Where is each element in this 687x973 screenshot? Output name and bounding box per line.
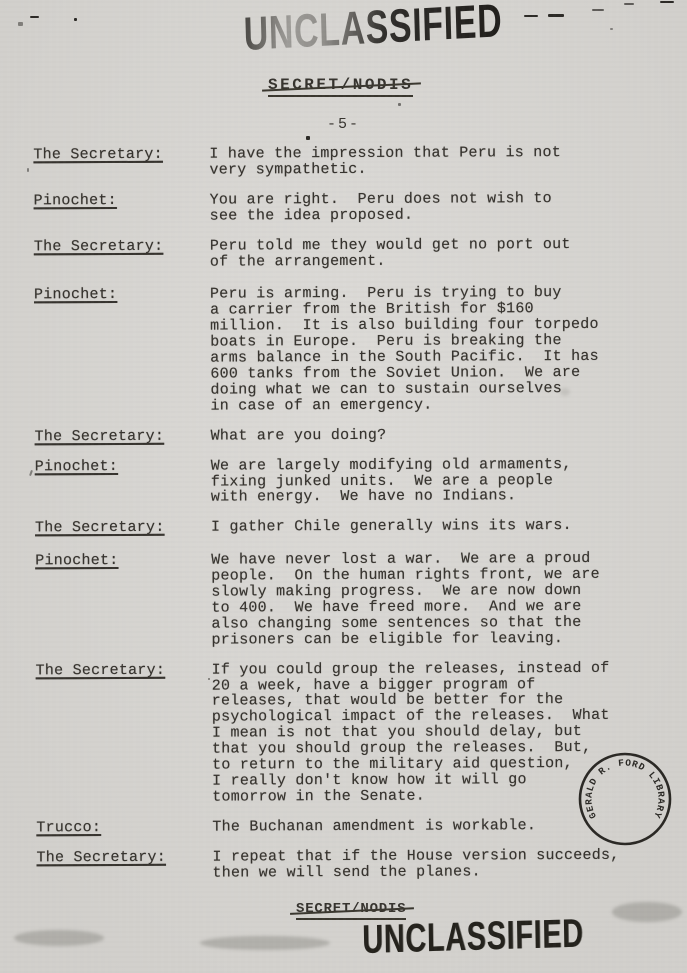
speaker-remarks: What are you doing? (211, 426, 669, 444)
speaker-label: Pinochet: (34, 192, 210, 225)
dialogue-entry: The Secretary: I gather Chile generally … (0, 518, 687, 537)
smudge-mark (200, 936, 330, 950)
ford-library-stamp: GERALD R. FORD LIBRARY (572, 746, 678, 852)
speaker-remarks: Peru is arming. Peru is trying to buy a … (210, 285, 669, 414)
speaker-remarks: I gather Chile generally wins its wars. (211, 518, 669, 536)
speaker-remarks: I have the impression that Peru is not v… (209, 145, 667, 179)
speaker-remarks: We are largely modifying old armaments, … (211, 456, 669, 506)
ink-speck (18, 22, 23, 26)
ink-speck (610, 28, 613, 30)
dialogue-entry: The Secretary: Peru told me they would g… (0, 236, 686, 271)
classification-header: SECRET/NODIS (268, 76, 413, 97)
dialogue-entry: The Secretary: I have the impression tha… (0, 145, 686, 180)
speaker-label: The Secretary: (36, 662, 213, 806)
ink-speck (74, 18, 77, 21)
speaker-remarks: You are right. Peru does not wish to see… (210, 190, 668, 224)
speaker-label: The Secretary: (35, 520, 211, 537)
ink-speck (27, 168, 29, 172)
speaker-remarks: Peru told me they would get no port out … (210, 236, 668, 270)
ink-speck (524, 15, 538, 17)
dialogue-entry: Pinochet: You are right. Peru does not w… (0, 190, 686, 225)
ink-speck (624, 3, 634, 5)
unclassified-stamp-bottom: UNCLASSIFIED (362, 912, 584, 963)
ink-speck (660, 1, 674, 3)
ford-library-stamp-text: GERALD R. FORD LIBRARY (583, 757, 666, 820)
speaker-label: The Secretary: (34, 238, 210, 271)
smudge-mark (560, 388, 570, 396)
speaker-label: Trucco: (36, 819, 212, 836)
ink-speck (398, 103, 401, 106)
speaker-label: Pinochet: (34, 287, 211, 415)
speaker-label: The Secretary: (35, 428, 211, 445)
ink-speck (306, 136, 310, 140)
smudge-mark (14, 930, 104, 946)
ink-speck (30, 16, 39, 18)
ink-speck (208, 678, 210, 680)
speaker-label: The Secretary: (36, 849, 212, 882)
svg-text:GERALD R. FORD LIBRARY: GERALD R. FORD LIBRARY (583, 757, 666, 820)
smudge-mark (612, 902, 682, 922)
speaker-label: Pinochet: (35, 458, 211, 506)
dialogue-entry: Pinochet: We have never lost a war. We a… (0, 551, 687, 649)
speaker-label: The Secretary: (33, 147, 209, 180)
dialogue-entry: Pinochet: We are largely modifying old a… (0, 456, 687, 507)
speaker-remarks: I repeat that if the House version succe… (212, 847, 670, 881)
speaker-label: Pinochet: (35, 553, 211, 649)
dialogue-entry: Pinochet: Peru is arming. Peru is trying… (0, 285, 687, 415)
dialogue-entry: The Secretary: I repeat that if the Hous… (1, 847, 687, 882)
page-number: -5- (0, 116, 687, 133)
dialogue-entry: The Secretary: What are you doing? (0, 426, 687, 445)
ink-speck (592, 9, 604, 11)
ink-speck (548, 14, 564, 17)
speaker-remarks: We have never lost a war. We are a proud… (211, 551, 669, 648)
